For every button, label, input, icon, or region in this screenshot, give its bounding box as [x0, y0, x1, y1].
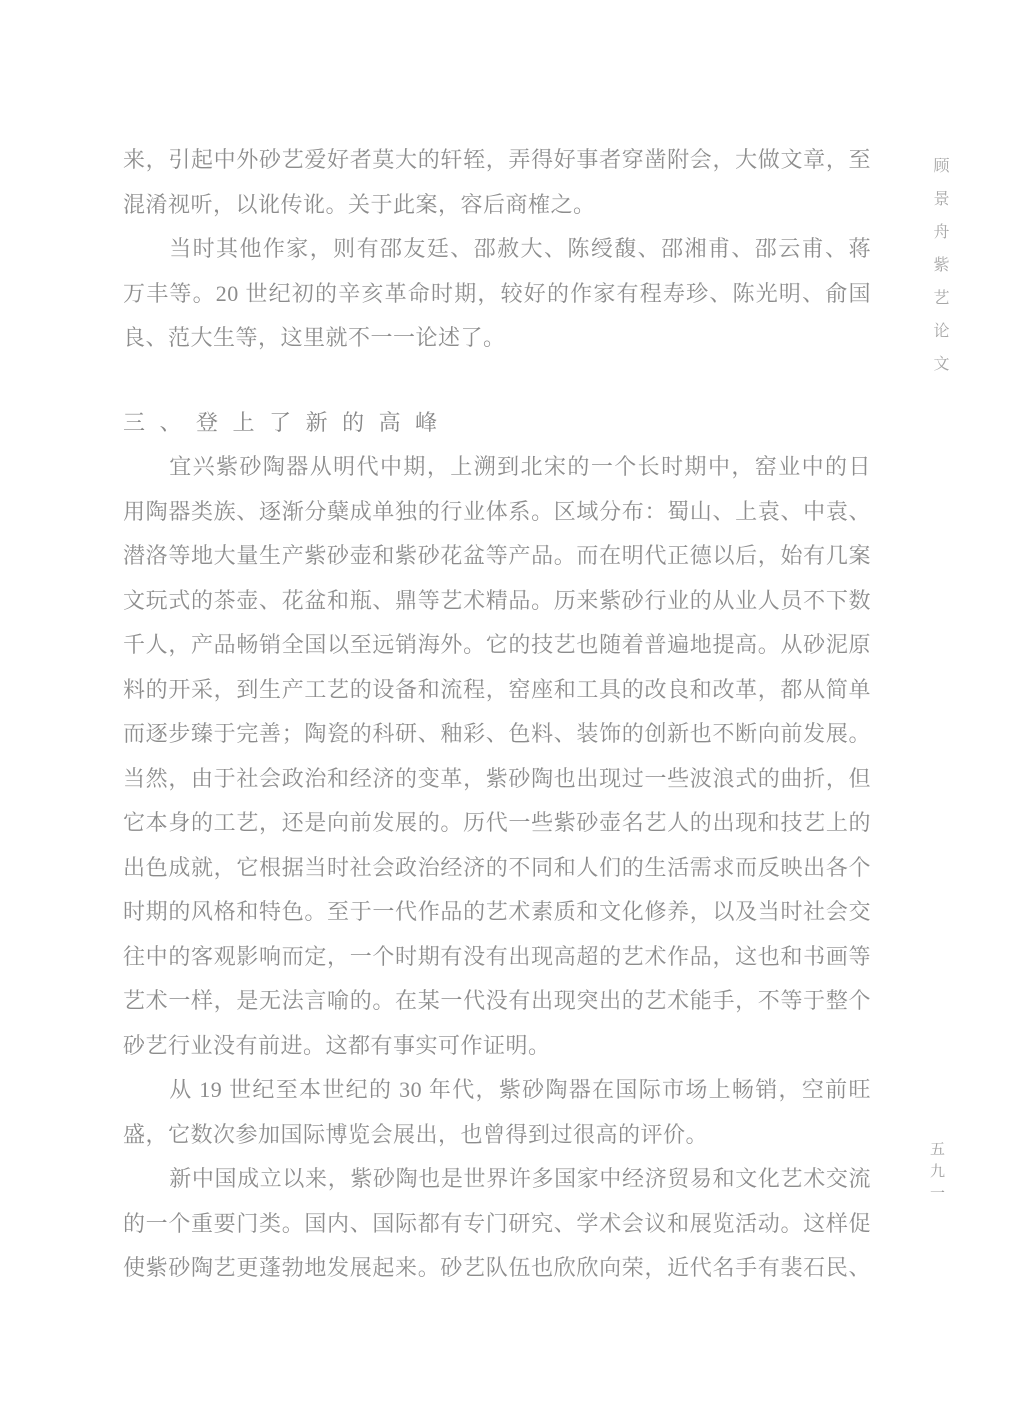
- text-line: 往中的客观影响而定，一个时期有没有出现高超的艺术作品，这也和书画等: [123, 935, 871, 980]
- text-line: 料的开采，到生产工艺的设备和流程，窑座和工具的改良和改革，都从简单: [123, 668, 871, 713]
- text-line: 潜洛等地大量生产紫砂壶和紫砂花盆等产品。而在明代正德以后，始有几案: [123, 534, 871, 579]
- text-line: 艺术一样，是无法言喻的。在某一代没有出现突出的艺术能手，不等于整个: [123, 979, 871, 1024]
- text-line: 而逐步臻于完善；陶瓷的科研、釉彩、色料、装饰的创新也不断向前发展。: [123, 712, 871, 757]
- text-line: 混淆视听，以讹传讹。关于此案，容后商榷之。: [123, 183, 871, 228]
- text-line: 万丰等。20 世纪初的辛亥革命时期，较好的作家有程寿珍、陈光明、俞国: [123, 272, 871, 317]
- text-line: 良、范大生等，这里就不一一论述了。: [123, 316, 871, 361]
- text-block: 来，引起中外砂艺爱好者莫大的轩轾，弄得好事者穿凿附会，大做文章，至混淆视听，以讹…: [123, 138, 871, 1291]
- text-line: 宜兴紫砂陶器从明代中期，上溯到北宋的一个长时期中，窑业中的日: [123, 445, 871, 490]
- text-line: 当时其他作家，则有邵友廷、邵赦大、陈绶馥、邵湘甫、邵云甫、蒋: [123, 227, 871, 272]
- text-line: 新中国成立以来，紫砂陶也是世界许多国家中经济贸易和文化艺术交流: [123, 1157, 871, 1202]
- book-title-vertical: 顾景舟紫艺论文: [928, 157, 951, 388]
- text-line: 的一个重要门类。国内、国际都有专门研究、学术会议和展览活动。这样促: [123, 1202, 871, 1247]
- text-line: 盛，它数次参加国际博览会展出，也曾得到过很高的评价。: [123, 1113, 871, 1158]
- section-heading: 三、登上了新的高峰: [123, 401, 871, 446]
- page-number-vertical: 五九一: [926, 1141, 947, 1207]
- text-line: 当然，由于社会政治和经济的变革，紫砂陶也出现过一些波浪式的曲折，但: [123, 757, 871, 802]
- text-line: 从 19 世纪至本世纪的 30 年代，紫砂陶器在国际市场上畅销，空前旺: [123, 1068, 871, 1113]
- text-line: 砂艺行业没有前进。这都有事实可作证明。: [123, 1024, 871, 1069]
- text-line: 千人，产品畅销全国以至远销海外。它的技艺也随着普遍地提高。从砂泥原: [123, 623, 871, 668]
- text-line: 它本身的工艺，还是向前发展的。历代一些紫砂壶名艺人的出现和技艺上的: [123, 801, 871, 846]
- text-line: 出色成就，它根据当时社会政治经济的不同和人们的生活需求而反映出各个: [123, 846, 871, 891]
- text-line: 时期的风格和特色。至于一代作品的艺术素质和文化修养，以及当时社会交: [123, 890, 871, 935]
- text-line: 文玩式的茶壶、花盆和瓶、鼎等艺术精品。历来紫砂行业的从业人员不下数: [123, 579, 871, 624]
- text-line: 使紫砂陶艺更蓬勃地发展起来。砂艺队伍也欣欣向荣，近代名手有裴石民、: [123, 1246, 871, 1291]
- text-line: 用陶器类族、逐渐分蘖成单独的行业体系。区域分布：蜀山、上袁、中袁、: [123, 490, 871, 535]
- book-page: 来，引起中外砂艺爱好者莫大的轩轾，弄得好事者穿凿附会，大做文章，至混淆视听，以讹…: [0, 0, 1016, 1424]
- text-line: 来，引起中外砂艺爱好者莫大的轩轾，弄得好事者穿凿附会，大做文章，至: [123, 138, 871, 183]
